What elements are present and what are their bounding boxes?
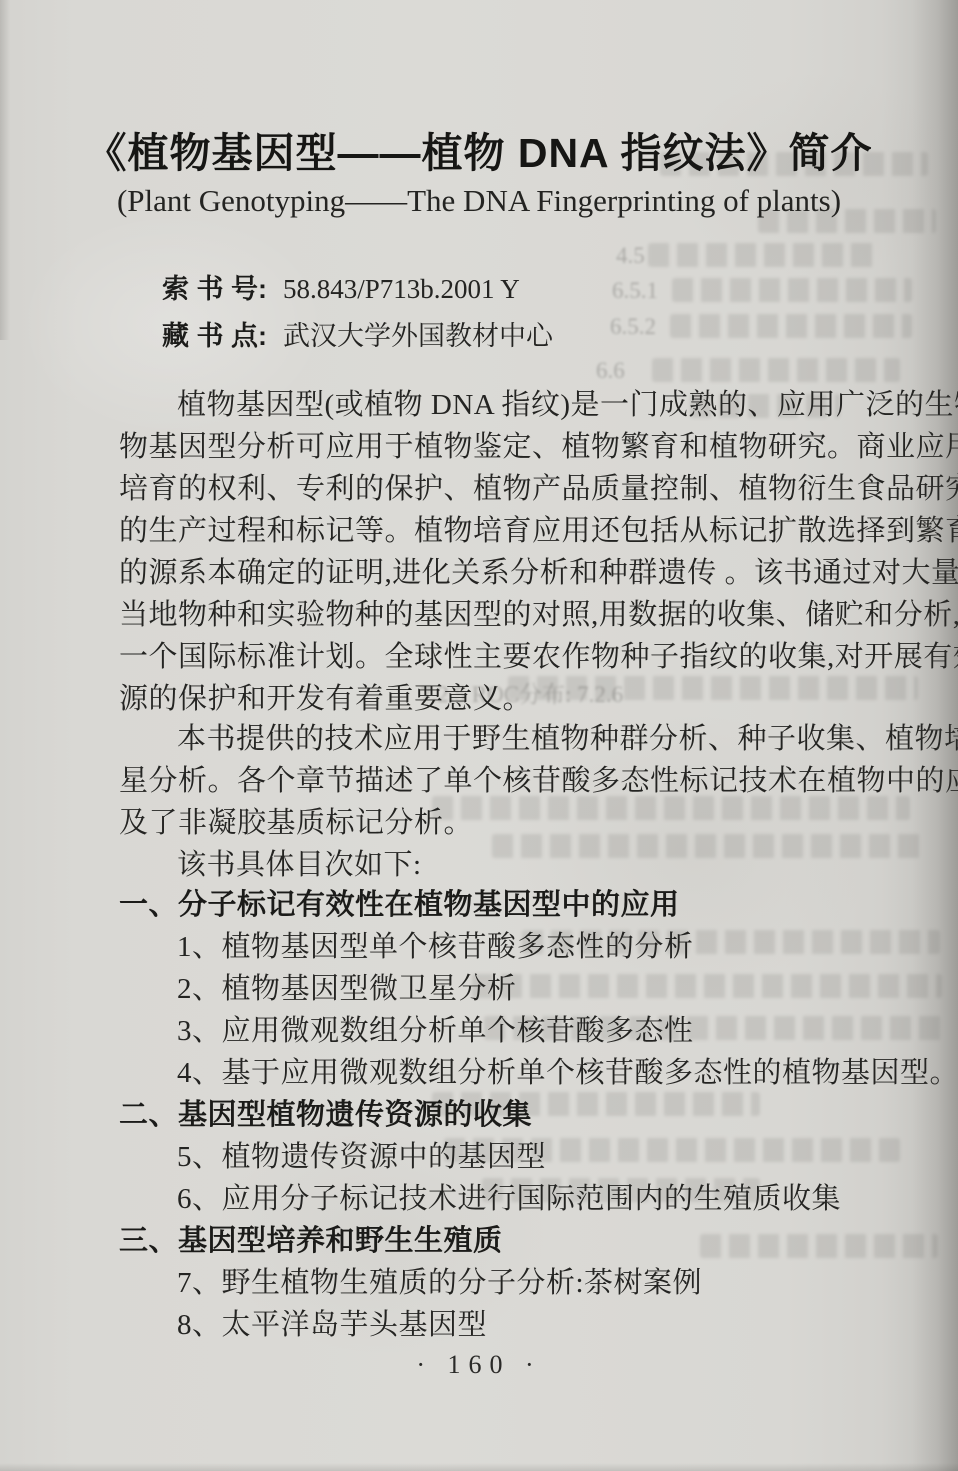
- book-title: 《植物基因型——植物 DNA 指纹法》简介: [0, 120, 958, 179]
- library-meta-block: 索 书 号:58.843/P713b.2001 Y 藏 书 点:武汉大学外国教材…: [162, 266, 553, 360]
- toc-item: 4、基于应用微观数组分析单个核苷酸多态性的植物基因型。: [119, 1052, 919, 1094]
- intro-paragraph-1: 植物基因型(或植物 DNA 指纹)是一门成熟的、应用广泛的生物技术。植 物基因型…: [119, 384, 909, 720]
- toc-item: 7、野生植物生殖质的分子分析:茶树案例: [119, 1262, 919, 1304]
- body-text-line: 及了非凝胶基质标记分析。: [119, 802, 909, 844]
- toc-item: 3、应用微观数组分析单个核苷酸多态性: [119, 1010, 919, 1052]
- bleedthrough-artifact: [648, 243, 878, 267]
- toc-item: 6、应用分子标记技术进行国际范围内的生殖质收集: [119, 1178, 919, 1220]
- bleedthrough-artifact: [670, 314, 912, 338]
- bleedthrough-artifact: [652, 358, 900, 382]
- table-of-contents: 一、分子标记有效性在植物基因型中的应用 1、植物基因型单个核苷酸多态性的分析 2…: [119, 884, 919, 1346]
- page-edge-shadow: [912, 0, 958, 1471]
- body-text-line: 物基因型分析可应用于植物鉴定、植物繁育和植物研究。商业应用包括植物: [119, 426, 909, 468]
- location-value: 武汉大学外国教材中心: [283, 321, 553, 351]
- body-text-line: 星分析。各个章节描述了单个核苷酸多态性标记技术在植物中的应用,还涉: [119, 760, 909, 802]
- toc-item: 8、太平洋岛芋头基因型: [119, 1304, 919, 1346]
- body-text-line: 的源系本确定的证明,进化关系分析和种群遗传 。该书通过对大量的不同的: [119, 552, 909, 594]
- scanned-book-page: 4.5 6.5.1 6.5.2 6.6 7.2.5 ROC分布: 7.2.6 《…: [0, 0, 958, 1471]
- call-number-label: 索 书 号:: [162, 274, 267, 304]
- location-row: 藏 书 点:武汉大学外国教材中心: [162, 313, 553, 360]
- bleedthrough-fragment: 6.5.2: [610, 314, 656, 340]
- book-title-english: (Plant Genotyping——The DNA Fingerprintin…: [0, 183, 958, 219]
- page-edge-shadow-bottom: [0, 1463, 958, 1471]
- location-label: 藏 书 点:: [162, 321, 267, 351]
- body-text-line: 本书提供的技术应用于野生植物种群分析、种子收集、植物培育以及超卫: [119, 718, 909, 760]
- page-edge-shadow-left: [0, 0, 10, 340]
- intro-paragraph-2: 本书提供的技术应用于野生植物种群分析、种子收集、植物培育以及超卫 星分析。各个章…: [119, 718, 909, 844]
- call-number-value: 58.843/P713b.2001 Y: [283, 274, 520, 304]
- body-text-line: 的生产过程和标记等。植物培育应用还包括从标记扩散选择到繁育种群后代: [119, 510, 909, 552]
- toc-item: 1、植物基因型单个核苷酸多态性的分析: [119, 926, 919, 968]
- toc-section-heading: 二、基因型植物遗传资源的收集: [119, 1094, 919, 1136]
- bleedthrough-fragment: 6.5.1: [612, 278, 658, 304]
- toc-intro: 该书具体目次如下:: [119, 844, 909, 886]
- body-text-line: 培育的权利、专利的保护、植物产品质量控制、植物衍生食品研究、其它副产品: [119, 468, 909, 510]
- toc-item: 5、植物遗传资源中的基因型: [119, 1136, 919, 1178]
- page-number: · 160 ·: [0, 1350, 958, 1380]
- body-text-line: 当地物种和实验物种的基因型的对照,用数据的收集、储贮和分析,建立实施: [119, 594, 909, 636]
- body-text-line: 植物基因型(或植物 DNA 指纹)是一门成熟的、应用广泛的生物技术。植: [119, 384, 909, 426]
- body-text-line: 源的保护和开发有着重要意义。: [119, 678, 909, 720]
- body-text-line: 一个国际标准计划。全球性主要农作物种子指纹的收集,对开展有效遗传资: [119, 636, 909, 678]
- call-number-row: 索 书 号:58.843/P713b.2001 Y: [162, 266, 553, 313]
- toc-item: 2、植物基因型微卫星分析: [119, 968, 919, 1010]
- bleedthrough-artifact: [672, 278, 912, 302]
- bleedthrough-fragment: 4.5: [616, 243, 645, 269]
- body-text-line: 该书具体目次如下:: [119, 844, 909, 886]
- toc-section-heading: 三、基因型培养和野生生殖质: [119, 1220, 919, 1262]
- toc-section-heading: 一、分子标记有效性在植物基因型中的应用: [119, 884, 919, 926]
- bleedthrough-fragment: 6.6: [596, 358, 625, 384]
